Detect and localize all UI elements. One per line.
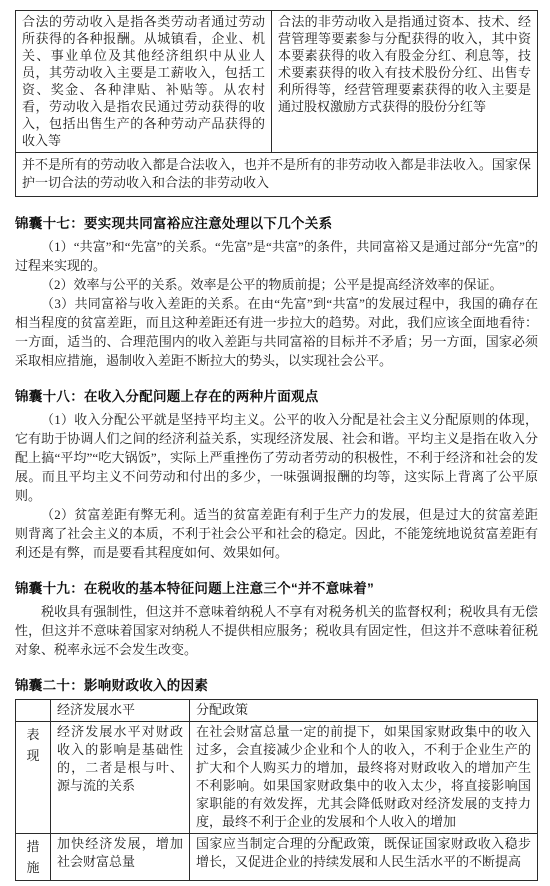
section-17-paragraph-1: （1）“共富”和“先富”的关系。“先富”是“共富”的条件，共同富裕又是通过部分“… — [15, 237, 538, 275]
column-header-policy: 分配政策 — [190, 700, 538, 722]
section-17-paragraph-2: （2）效率与公平的关系。效率是公平的物质前提；公平是提高经济效率的保证。 — [15, 275, 538, 294]
income-note-row: 并不是所有的劳动收入都是合法收入，也并不是所有的非劳动收入都是非法收入。国家保护… — [16, 153, 538, 197]
section-18-paragraph-2: （2）贫富差距有弊无利。适当的贫富差距有利于生产力的发展，但是过大的贫富差距则背… — [15, 505, 538, 562]
section-tip-18: 锦囊十八：在收入分配问题上存在的两种片面观点 （1）收入分配公平就是坚持平均主义… — [15, 385, 538, 562]
section-tip-20: 锦囊二十：影响财政收入的因素 经济发展水平 分配政策 表现 经济发展水平对财政收… — [15, 674, 538, 881]
section-19-heading: 锦囊十九：在税收的基本特征问题上注意三个“并不意味着” — [15, 577, 538, 597]
legal-labor-income-cell: 合法的劳动收入是指各类劳动者通过劳动所获得的各种报酬。从城镇看，企业、机关、事业… — [16, 11, 272, 153]
section-tip-17: 锦囊十七：要实现共同富裕应注意处理以下几个关系 （1）“共富”和“先富”的关系。… — [15, 212, 538, 370]
section-17-paragraph-3: （3）共同富裕与收入差距的关系。在由“先富”到“共富”的发展过程中，我国的确存在… — [15, 294, 538, 370]
factors-row-manifestation: 表现 经济发展水平对财政收入的影响是基础性的，二者是根与叶、源与流的关系 在社会… — [16, 722, 538, 834]
manifestation-policy-cell: 在社会财富总量一定的前提下，如果国家财政集中的收入过多，会直接减少企业和个人的收… — [190, 722, 538, 834]
fiscal-revenue-factors-table: 经济发展水平 分配政策 表现 经济发展水平对财政收入的影响是基础性的，二者是根与… — [15, 699, 538, 881]
section-20-heading: 锦囊二十：影响财政收入的因素 — [15, 674, 538, 694]
row-label-manifestation: 表现 — [16, 722, 51, 834]
income-note-cell: 并不是所有的劳动收入都是合法收入，也并不是所有的非劳动收入都是非法收入。国家保护… — [16, 153, 538, 197]
section-17-heading: 锦囊十七：要实现共同富裕应注意处理以下几个关系 — [15, 212, 538, 232]
document-page: 合法的劳动收入是指各类劳动者通过劳动所获得的各种报酬。从城镇看，企业、机关、事业… — [0, 0, 550, 881]
income-types-row: 合法的劳动收入是指各类劳动者通过劳动所获得的各种报酬。从城镇看，企业、机关、事业… — [16, 11, 538, 153]
legal-nonlabor-income-cell: 合法的非劳动收入是指通过资本、技术、经营管理等要素参与分配获得的收入，其中资本要… — [272, 11, 538, 153]
column-header-economy: 经济发展水平 — [51, 700, 190, 722]
section-18-heading: 锦囊十八：在收入分配问题上存在的两种片面观点 — [15, 385, 538, 405]
section-tip-19: 锦囊十九：在税收的基本特征问题上注意三个“并不意味着” 税收具有强制性，但这并不… — [15, 577, 538, 659]
measures-economy-cell: 加快经济发展，增加社会财富总量 — [51, 834, 190, 881]
income-types-table: 合法的劳动收入是指各类劳动者通过劳动所获得的各种报酬。从城镇看，企业、机关、事业… — [15, 10, 538, 197]
measures-policy-cell: 国家应当制定合理的分配政策，既保证国家财政收入稳步增长，又促进企业的持续发展和人… — [190, 834, 538, 881]
column-header-empty — [16, 700, 51, 722]
factors-row-measures: 措施 加快经济发展，增加社会财富总量 国家应当制定合理的分配政策，既保证国家财政… — [16, 834, 538, 881]
section-18-paragraph-1: （1）收入分配公平就是坚持平均主义。公平的收入分配是社会主义分配原则的体现，它有… — [15, 410, 538, 505]
factors-header-row: 经济发展水平 分配政策 — [16, 700, 538, 722]
section-19-paragraph-1: 税收具有强制性，但这并不意味着纳税人不享有对税务机关的监督权利；税收具有无偿性，… — [15, 602, 538, 659]
row-label-measures: 措施 — [16, 834, 51, 881]
manifestation-economy-cell: 经济发展水平对财政收入的影响是基础性的，二者是根与叶、源与流的关系 — [51, 722, 190, 834]
